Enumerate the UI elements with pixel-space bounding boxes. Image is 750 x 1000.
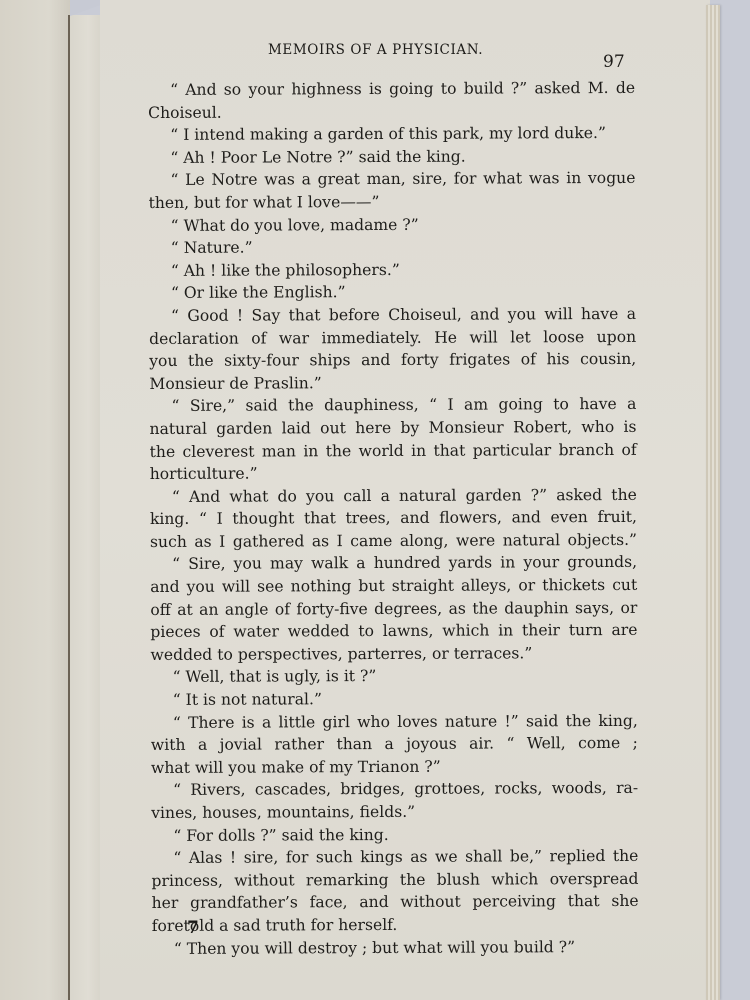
text-line: “ Le Notre was a great man, sire, for wh… bbox=[148, 167, 635, 192]
text-line: “ Then you will destroy ; but what will … bbox=[152, 935, 639, 960]
page-number: 97 bbox=[603, 52, 625, 72]
text-line: off at an angle of forty-five degrees, a… bbox=[150, 597, 637, 622]
text-line: you the sixty-four ships and forty friga… bbox=[149, 348, 636, 373]
text-line: “ Alas ! sire, for such kings as we shal… bbox=[151, 845, 638, 870]
text-line: the cleverest man in the world in that p… bbox=[150, 438, 637, 463]
text-line: then, but for what I love——” bbox=[148, 190, 635, 215]
text-line: pieces of water wedded to lawns, which i… bbox=[150, 619, 637, 644]
text-line: “ I intend making a garden of this park,… bbox=[148, 122, 635, 147]
text-line: Choiseul. bbox=[148, 99, 635, 124]
text-line: such as I gathered as I came along, were… bbox=[150, 529, 637, 554]
text-line: “ It is not natural.” bbox=[151, 687, 638, 712]
text-line: “ And so your highness is going to build… bbox=[148, 77, 635, 102]
text-line: “ Sire,” said the dauphiness, “ I am goi… bbox=[149, 393, 636, 418]
text-line: “ Ah ! like the philosophers.” bbox=[149, 258, 636, 283]
text-line: foretold a sad truth for herself. bbox=[152, 913, 639, 938]
body-text: “ And so your highness is going to build… bbox=[148, 77, 639, 960]
text-line: Monsieur de Praslin.” bbox=[149, 371, 636, 396]
signature-mark: 7 bbox=[187, 918, 199, 938]
text-line: with a jovial rather than a joyous air. … bbox=[151, 732, 638, 757]
page-stack-edges bbox=[706, 5, 720, 1000]
text-line: “ Nature.” bbox=[149, 235, 636, 260]
text-line: “ There is a little girl who loves natur… bbox=[151, 709, 638, 734]
text-line: natural garden laid out here by Monsieur… bbox=[149, 416, 636, 441]
left-page-edge bbox=[0, 0, 70, 1000]
text-line: princess, without remarking the blush wh… bbox=[151, 868, 638, 893]
text-line: “ Well, that is ugly, is it ?” bbox=[151, 664, 638, 689]
text-line: horticulture.” bbox=[150, 461, 637, 486]
text-line: “ For dolls ?” said the king. bbox=[151, 822, 638, 847]
text-line: “ Rivers, cascades, bridges, grottoes, r… bbox=[151, 777, 638, 802]
page-fold bbox=[70, 15, 100, 1000]
text-line: “ Ah ! Poor Le Notre ?” said the king. bbox=[148, 145, 635, 170]
text-line: her grandfather’s face, and without perc… bbox=[152, 890, 639, 915]
text-line: wedded to perspectives, parterres, or te… bbox=[150, 642, 637, 667]
text-line: king. “ I thought that trees, and flower… bbox=[150, 506, 637, 531]
text-line: “ Or like the English.” bbox=[149, 280, 636, 305]
text-line: what will you make of my Trianon ?” bbox=[151, 755, 638, 780]
running-head: MEMOIRS OF A PHYSICIAN. bbox=[268, 42, 483, 58]
text-line: “ And what do you call a natural garden … bbox=[150, 484, 637, 509]
text-line: vines, houses, mountains, fields.” bbox=[151, 800, 638, 825]
text-line: “ Good ! Say that before Choiseul, and y… bbox=[149, 303, 636, 328]
text-line: declaration of war immediately. He will … bbox=[149, 325, 636, 350]
text-line: “ What do you love, madame ?” bbox=[149, 212, 636, 237]
text-line: “ Sire, you may walk a hundred yards in … bbox=[150, 551, 637, 576]
text-line: and you will see nothing but straight al… bbox=[150, 574, 637, 599]
